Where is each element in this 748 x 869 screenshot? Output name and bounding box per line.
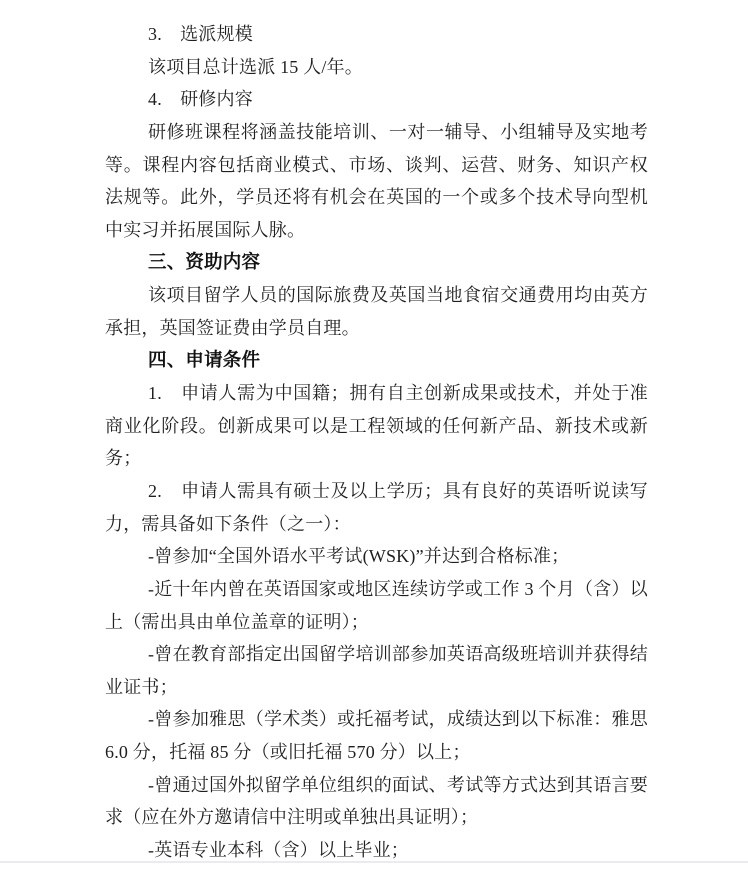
- condition-option-moe-training-line-2: 业证书；: [105, 671, 648, 704]
- application-condition-1-line-2: 商业化阶段。创新成果可以是工程领域的任何新产品、新技术或新服: [105, 410, 648, 443]
- training-content-text-line-1: 研修班课程将涵盖技能培训、一对一辅导、小组辅导及实地考察: [105, 116, 648, 149]
- funding-text-line-2: 承担，英国签证费由学员自理。: [105, 312, 648, 345]
- condition-option-visit-work-line-2: 上（需出具由单位盖章的证明）；: [105, 606, 648, 639]
- application-condition-1-line-3: 务；: [105, 442, 648, 475]
- item-training-content-title-line-1: 4. 研修内容: [105, 83, 648, 116]
- section-heading-application-line-1: 四、申请条件: [105, 344, 648, 377]
- selection-scale-text-line-1: 该项目总计选派 15 人/年。: [105, 51, 648, 84]
- training-content-text-line-4: 中实习并拓展国际人脉。: [105, 214, 648, 247]
- condition-option-ielts-toefl-line-1: -曾参加雅思（学术类）或托福考试，成绩达到以下标准：雅思: [105, 703, 648, 736]
- training-content-text-line-2: 等。课程内容包括商业模式、市场、谈判、运营、财务、知识产权和: [105, 149, 648, 182]
- condition-option-moe-training-line-1: -曾在教育部指定出国留学培训部参加英语高级班培训并获得结: [105, 638, 648, 671]
- condition-option-wsk-line-1: -曾参加“全国外语水平考试(WSK)”并达到合格标准；: [105, 540, 648, 573]
- condition-option-interview-line-1: -曾通过国外拟留学单位组织的面试、考试等方式达到其语言要: [105, 769, 648, 802]
- training-content-text-line-3: 法规等。此外，学员还将有机会在英国的一个或多个技术导向型机构: [105, 181, 648, 214]
- funding-text-line-1: 该项目留学人员的国际旅费及英国当地食宿交通费用均由英方: [105, 279, 648, 312]
- application-condition-2-line-1: 2. 申请人需具有硕士及以上学历；具有良好的英语听说读写能: [105, 475, 648, 508]
- application-condition-1-line-1: 1. 申请人需为中国籍；拥有自主创新成果或技术，并处于准备: [105, 377, 648, 410]
- document-page: 3. 选派规模该项目总计选派 15 人/年。4. 研修内容研修班课程将涵盖技能培…: [0, 0, 748, 869]
- condition-option-visit-work-line-1: -近十年内曾在英语国家或地区连续访学或工作 3 个月（含）以: [105, 573, 648, 606]
- condition-option-ielts-toefl-line-2: 6.0 分，托福 85 分（或旧托福 570 分）以上；: [105, 736, 648, 769]
- condition-option-interview-line-2: 求（应在外方邀请信中注明或单独出具证明）；: [105, 801, 648, 834]
- document-body: 3. 选派规模该项目总计选派 15 人/年。4. 研修内容研修班课程将涵盖技能培…: [105, 18, 648, 867]
- item-selection-scale-title-line-1: 3. 选派规模: [105, 18, 648, 51]
- application-condition-2-line-2: 力，需具备如下条件（之一）：: [105, 508, 648, 541]
- section-heading-funding-line-1: 三、资助内容: [105, 246, 648, 279]
- page-bottom-edge: [0, 861, 748, 863]
